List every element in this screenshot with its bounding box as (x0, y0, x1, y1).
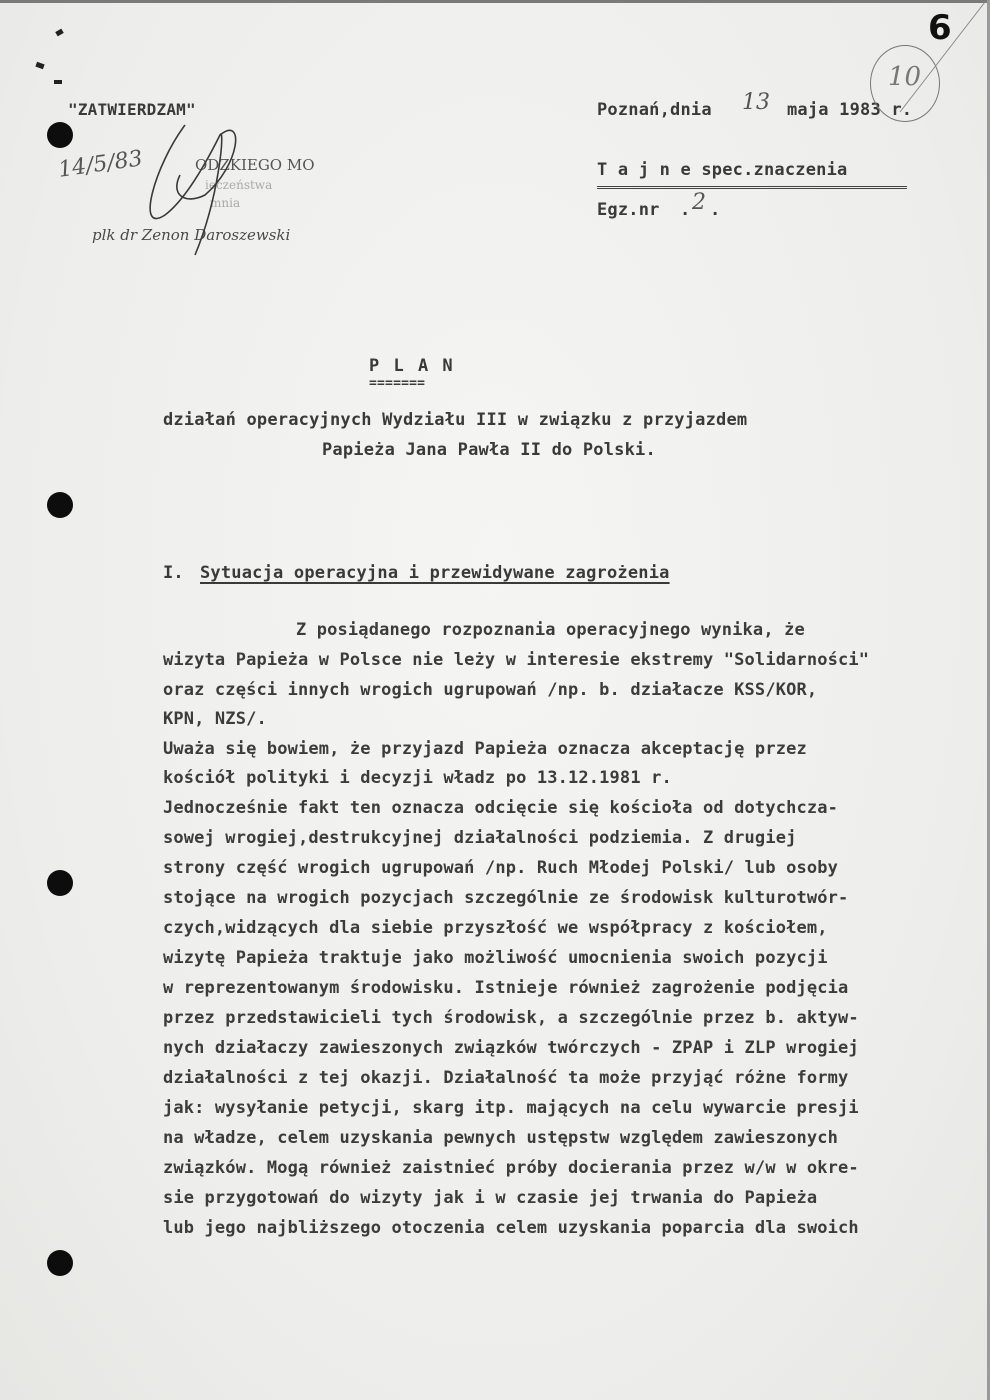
punch-hole (47, 870, 73, 896)
body-line: kościół polityki i decyzji władz po 13.1… (163, 768, 672, 788)
body-line: Uważa się bowiem, że przyjazd Papieża oz… (163, 739, 807, 759)
body-line: Jednocześnie fakt ten oznacza odcięcie s… (163, 798, 838, 818)
body-line: sie przygotowań do wizyty jak i w czasie… (163, 1188, 817, 1208)
body-line: KPN, NZS/. (163, 709, 267, 729)
copy-number-value: 2 (692, 190, 706, 215)
classification-label: T a j n e spec.znaczenia (597, 160, 907, 189)
body-line: w reprezentowanym środowisku. Istnieje r… (163, 978, 848, 998)
body-line: na władze, celem uzyskania pewnych ustęp… (163, 1128, 838, 1148)
body-line: związków. Mogą również zaistnieć próby d… (163, 1158, 859, 1178)
place-date-prefix: Poznań,dnia (597, 100, 712, 120)
body-line: działalności z tej okazji. Działalność t… (163, 1068, 848, 1088)
date-day: 13 (742, 90, 770, 115)
subtitle-line: działań operacyjnych Wydziału III w zwią… (163, 410, 747, 430)
subtitle-line: Papieża Jana Pawła II do Polski. (322, 440, 656, 460)
body-line: stojące na wrogich pozycjach szczególnie… (163, 888, 848, 908)
body-line: jak: wysyłanie petycji, skarg itp. mając… (163, 1098, 859, 1118)
body-line: przez przedstawicieli tych środowisk, a … (163, 1008, 859, 1028)
body-line: lub jego najbliższego otoczenia celem uz… (163, 1218, 859, 1238)
section-number: I. (163, 563, 184, 583)
document-title: P L A N (369, 356, 455, 376)
body-line: strony część wrogich ugrupowań /np. Ruch… (163, 858, 838, 878)
body-line: oraz części innych wrogich ugrupowań /np… (163, 680, 817, 700)
punch-hole (47, 1250, 73, 1276)
body-line: nych działaczy zawieszonych związków twó… (163, 1038, 859, 1058)
body-line: czych,widzących dla siebie przyszłość we… (163, 918, 828, 938)
speck-mark (55, 29, 64, 37)
title-underline: ======= (369, 376, 425, 391)
copy-number-label: Egz.nr (597, 200, 660, 220)
section-heading: Sytuacja operacyjna i przewidywane zagro… (200, 563, 670, 583)
speck-mark (35, 62, 44, 69)
copy-number-dots: . (710, 200, 720, 220)
body-line: sowej wrogiej,destrukcyjnej działalności… (163, 828, 796, 848)
signature-icon (125, 105, 275, 265)
punch-hole (47, 122, 73, 148)
body-line: Z posiądanego rozpoznania operacyjnego w… (296, 620, 805, 640)
speck-mark (54, 80, 62, 84)
body-line: wizytę Papieża traktuje jako możliwość u… (163, 948, 828, 968)
body-line: wizyta Papieża w Polsce nie leży w inter… (163, 650, 869, 670)
punch-hole (47, 492, 73, 518)
copy-number-dots: . (680, 200, 690, 220)
document-page: "ZATWIERDZAM" ODZKIEGO MO ieczeństwa mni… (0, 0, 990, 1400)
diagonal-pen-stroke (820, 0, 990, 120)
